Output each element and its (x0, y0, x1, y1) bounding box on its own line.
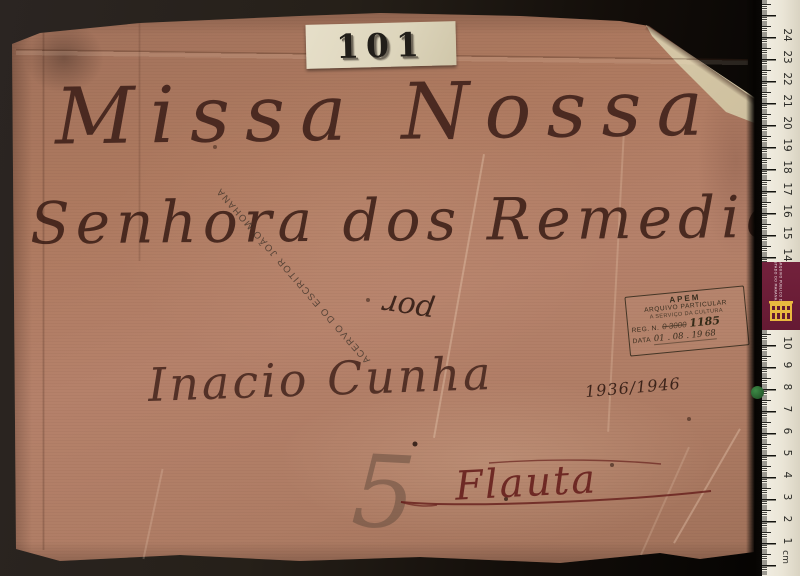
scanned-manuscript-cover: 101 Missa Nossa Senhora dos Remedios ACE… (0, 0, 800, 576)
dirt-specks (0, 0, 2, 2)
ruler-number: 22 (781, 71, 793, 87)
building-icon (769, 300, 793, 324)
ruler-number: 10 (781, 335, 793, 351)
ruler-number: 17 (781, 181, 793, 197)
cm-ruler: 12345678910111415161718192021222324 cm A… (762, 0, 800, 576)
ruler-number: 9 (781, 357, 793, 373)
ruler-number: 18 (781, 159, 793, 175)
archive-number-label: 101 (305, 21, 456, 69)
ruler-number: 16 (781, 203, 793, 219)
apem-registry-stamp: APEM ARQUIVO PARTICULAR A SERVIÇO DA CUL… (624, 285, 749, 356)
ruler-number: 23 (781, 49, 793, 65)
ruler-number: 21 (781, 93, 793, 109)
ruler-number: 7 (781, 401, 793, 417)
date-label: DATA (632, 336, 651, 345)
ruler-number: 6 (781, 423, 793, 439)
ruler-number: 1 (781, 533, 793, 549)
scan-gap-shadow (746, 0, 762, 576)
title-line-2: Senhora dos Remedios (30, 183, 800, 258)
ruler-number: 24 (781, 27, 793, 43)
title-line-1: Missa Nossa (54, 63, 718, 162)
ruler-number: 8 (781, 379, 793, 395)
ruler-number: 4 (781, 467, 793, 483)
ruler-number: 14 (781, 247, 793, 263)
ruler-number: 19 (781, 137, 793, 153)
green-marker-dot (751, 386, 764, 399)
red-underline-flourish (393, 455, 718, 520)
crease-line (42, 32, 45, 550)
ruler-number: 5 (781, 445, 793, 461)
ruler-unit-label: cm (780, 549, 790, 565)
ruler-number: 15 (781, 225, 793, 241)
archive-number: 101 (336, 24, 427, 65)
reg-crossed-value: 0 3000 (662, 320, 687, 331)
ruler-number: 20 (781, 115, 793, 131)
ruler-number: 2 (781, 511, 793, 527)
apem-logo-patch: ARQUIVO PÚBLICO DO ESTADO DO MARANHÃO (762, 262, 800, 330)
ruler-number: 3 (781, 489, 793, 505)
